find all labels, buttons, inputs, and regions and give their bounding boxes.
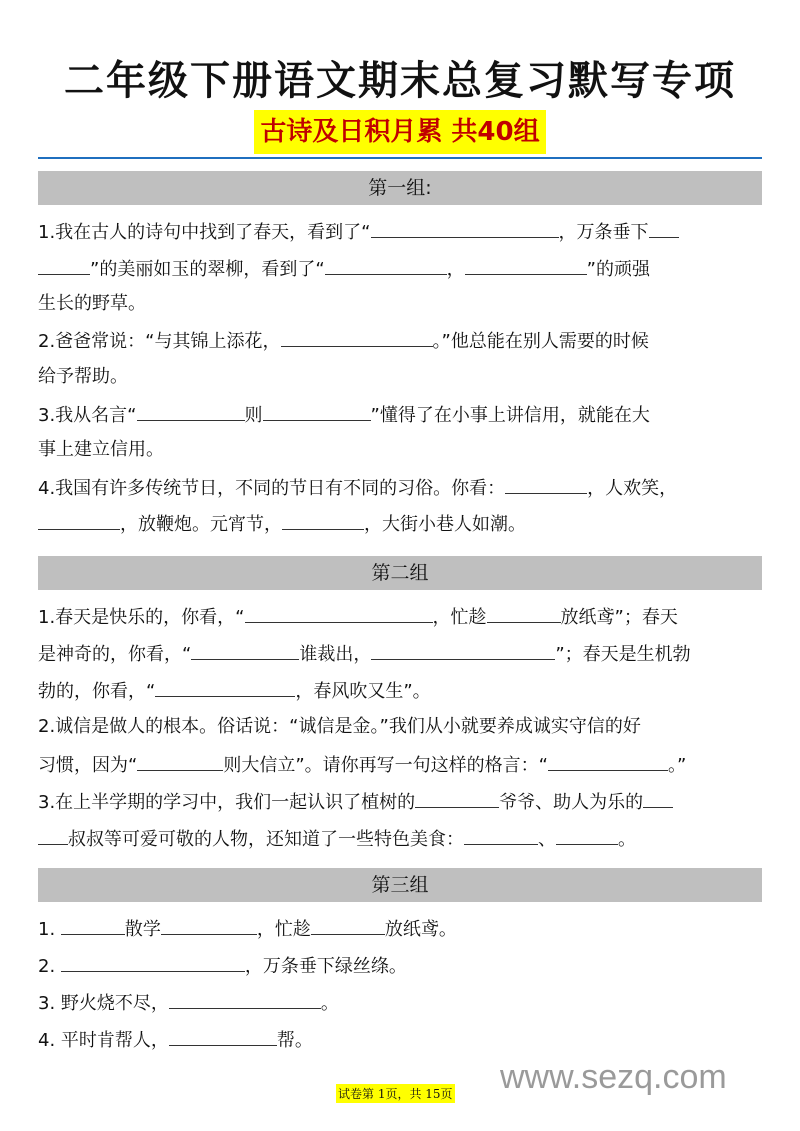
- answer-blank[interactable]: [137, 402, 245, 421]
- answer-blank[interactable]: [311, 916, 385, 935]
- question-line: 勃的，你看，“，春风吹又生”。: [38, 678, 762, 704]
- answer-blank[interactable]: [282, 511, 364, 530]
- answer-blank[interactable]: [325, 256, 447, 275]
- answer-blank[interactable]: [169, 990, 321, 1009]
- question-line: 事上建立信用。: [38, 438, 762, 462]
- question-line: 是神奇的，你看，“谁裁出，”；春天是生机勃: [38, 641, 762, 667]
- answer-blank[interactable]: [643, 789, 673, 808]
- answer-blank[interactable]: [169, 1027, 277, 1046]
- question-line: 给予帮助。: [38, 365, 762, 389]
- answer-blank[interactable]: [505, 475, 587, 494]
- answer-blank[interactable]: [161, 916, 257, 935]
- answer-blank[interactable]: [137, 752, 223, 771]
- question-line: 3.在上半学期的学习中，我们一起认识了植树的爷爷、助人为乐的: [38, 789, 762, 815]
- answer-blank[interactable]: [371, 219, 559, 238]
- answer-blank[interactable]: [281, 328, 433, 347]
- answer-blank[interactable]: [556, 826, 618, 845]
- question-line: 叔叔等可爱可敬的人物，还知道了一些特色美食：、。: [38, 826, 762, 852]
- answer-blank[interactable]: [465, 256, 587, 275]
- question-line: 习惯，因为“则大信立”。请你再写一句这样的格言：“。”: [38, 752, 762, 778]
- question-line: 3.我从名言“则”懂得了在小事上讲信用，就能在大: [38, 402, 762, 428]
- answer-blank[interactable]: [487, 604, 561, 623]
- question-line: 2.爸爸常说：“与其锦上添花，。”他总能在别人需要的时候: [38, 328, 762, 354]
- watermark: www.sezq.com: [500, 1058, 727, 1097]
- question-line: ”的美丽如玉的翠柳，看到了“，”的顽强: [38, 256, 762, 282]
- group-header-1: 第一组:: [38, 171, 762, 205]
- answer-blank[interactable]: [263, 402, 371, 421]
- page-title: 二年级下册语文期末总复习默写专项: [0, 58, 800, 104]
- answer-blank[interactable]: [155, 678, 295, 697]
- answer-blank[interactable]: [191, 641, 299, 660]
- question-line: 生长的野草。: [38, 292, 762, 316]
- subtitle: 古诗及日积月累 共40组: [254, 110, 545, 154]
- question-line: 3. 野火烧不尽，。: [38, 990, 762, 1016]
- answer-blank[interactable]: [61, 953, 245, 972]
- question-line: 1.我在古人的诗句中找到了春天，看到了“，万条垂下: [38, 219, 762, 245]
- answer-blank[interactable]: [371, 641, 555, 660]
- answer-blank[interactable]: [649, 219, 679, 238]
- question-line: 2. ，万条垂下绿丝绦。: [38, 953, 762, 979]
- page-number: 试卷第 1页，共 15页: [336, 1084, 455, 1103]
- answer-blank[interactable]: [464, 826, 538, 845]
- answer-blank[interactable]: [548, 752, 668, 771]
- group-header-2: 第二组: [38, 556, 762, 590]
- answer-blank[interactable]: [38, 256, 90, 275]
- question-line: ，放鞭炮。元宵节，，大街小巷人如潮。: [38, 511, 762, 537]
- question-line: 1. 散学，忙趁放纸鸢。: [38, 916, 762, 942]
- answer-blank[interactable]: [415, 789, 499, 808]
- divider: [38, 157, 762, 159]
- question-line: 4.我国有许多传统节日，不同的节日有不同的习俗。你看：，人欢笑，: [38, 475, 762, 501]
- question-line: 1.春天是快乐的，你看，“，忙趁放纸鸢”；春天: [38, 604, 762, 630]
- answer-blank[interactable]: [38, 826, 68, 845]
- answer-blank[interactable]: [38, 511, 120, 530]
- group-header-3: 第三组: [38, 868, 762, 902]
- answer-blank[interactable]: [61, 916, 125, 935]
- answer-blank[interactable]: [245, 604, 433, 623]
- question-line: 4. 平时肯帮人，帮。: [38, 1027, 762, 1053]
- question-line: 2.诚信是做人的根本。俗话说：“诚信是金。”我们从小就要养成诚实守信的好: [38, 715, 762, 739]
